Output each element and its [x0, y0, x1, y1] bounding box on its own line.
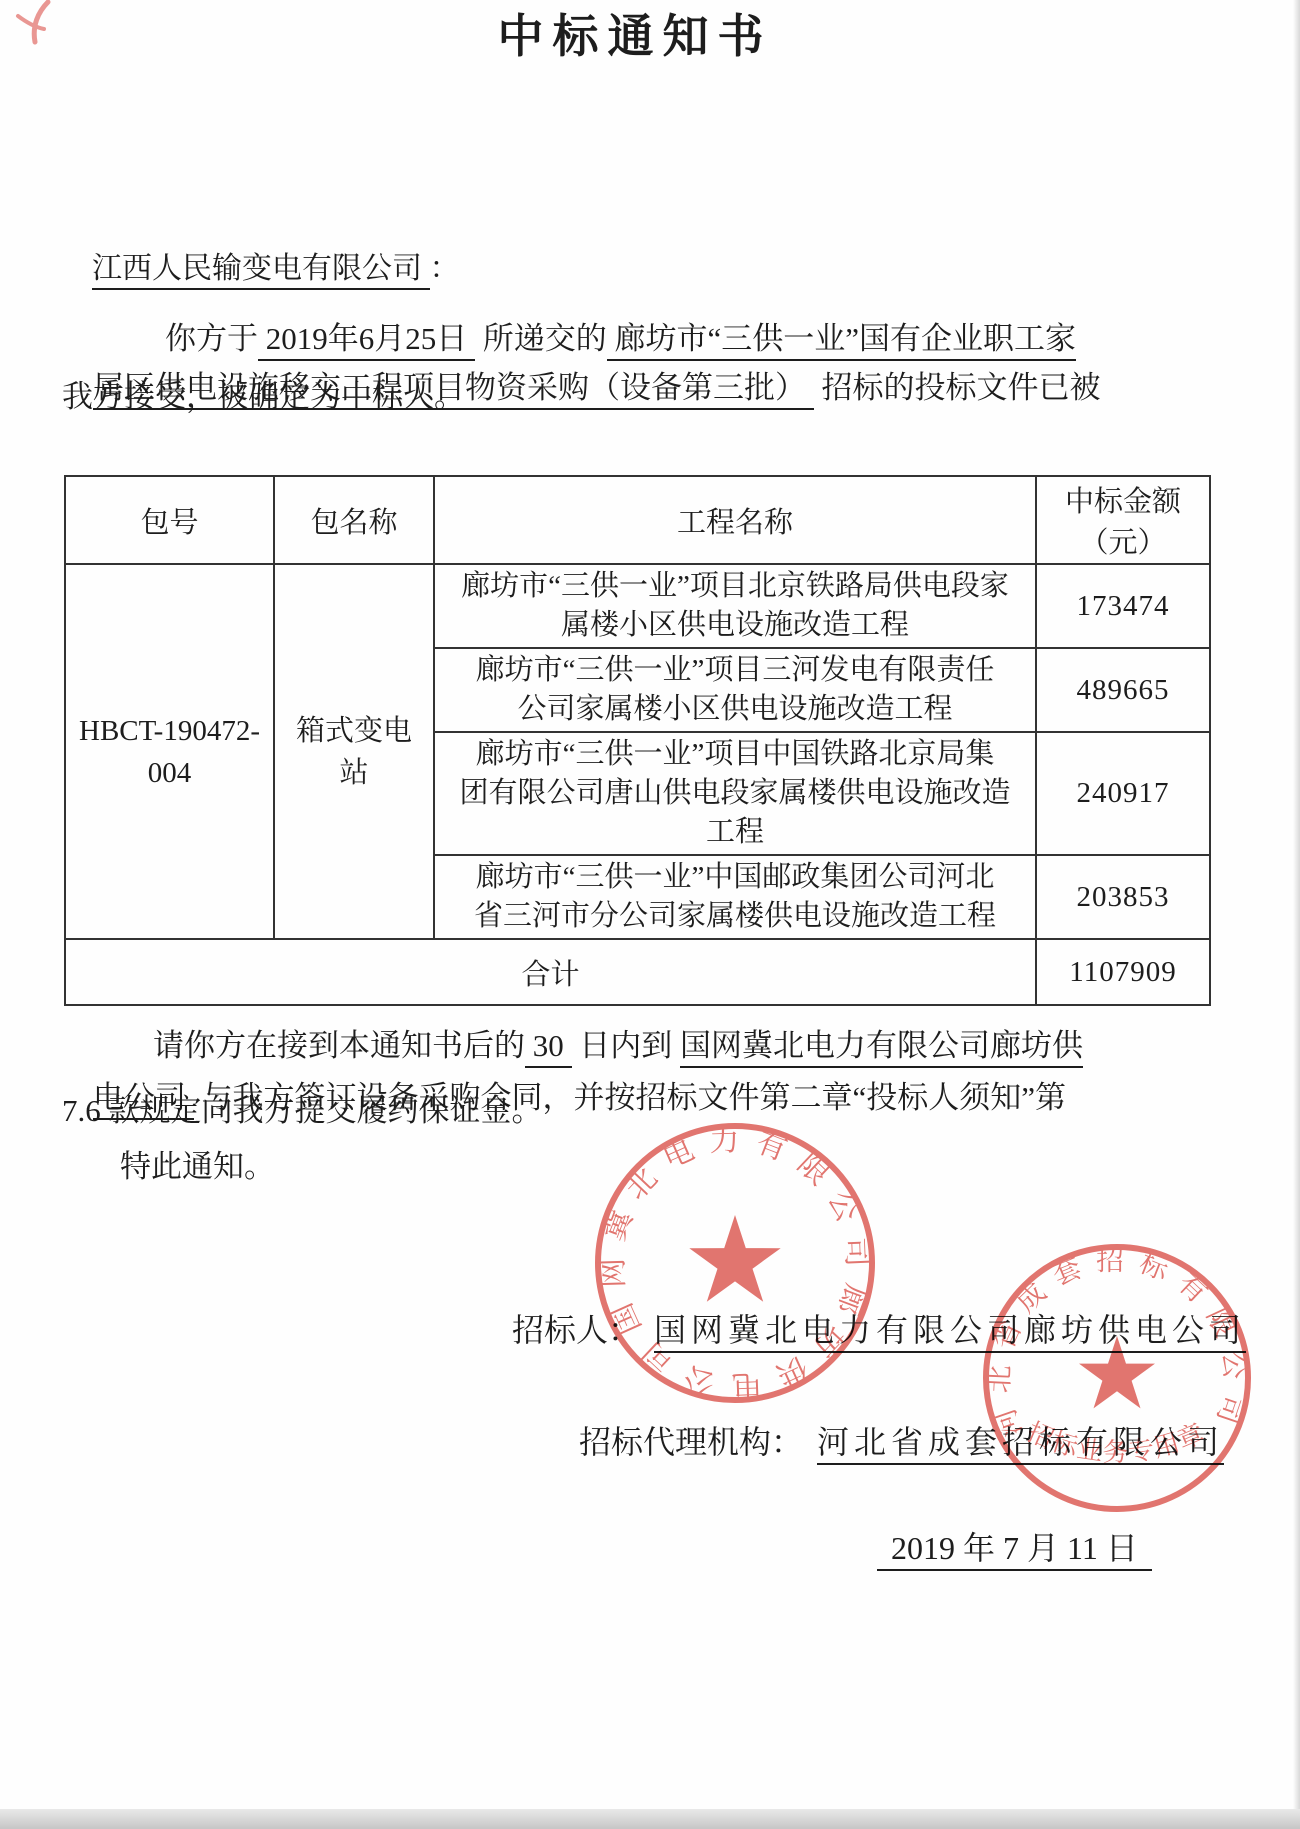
recipient-colon: ：	[430, 252, 460, 285]
award-table: 包号 包名称 工程名称 中标金额 （元） HBCT-190472- 004 箱式…	[64, 475, 1211, 1006]
project-line: 廊坊市“三供一业”项目北京铁路局供电段家	[435, 567, 1035, 606]
table-row: HBCT-190472- 004 箱式变电 站 廊坊市“三供一业”项目北京铁路局…	[65, 564, 1210, 648]
project-line: 廊坊市“三供一业”项目中国铁路北京局集	[435, 735, 1035, 774]
project-cell: 廊坊市“三供一业”项目三河发电有限责任 公司家属楼小区供电设施改造工程	[434, 648, 1036, 732]
package-name-cell: 箱式变电 站	[274, 564, 434, 939]
page-title: 中标通知书	[0, 0, 1270, 66]
project-cell: 廊坊市“三供一业”项目北京铁路局供电段家 属楼小区供电设施改造工程	[434, 564, 1036, 648]
header-amount-line1: 中标金额	[1037, 479, 1209, 520]
amount-cell: 203853	[1036, 855, 1210, 939]
project-cell: 廊坊市“三供一业”中国邮政集团公司河北 省三河市分公司家属楼供电设施改造工程	[434, 855, 1036, 939]
intro-l2-rest: 招标的投标文件已被	[814, 370, 1101, 405]
table-header-row: 包号 包名称 工程名称 中标金额 （元）	[65, 476, 1210, 564]
project-line: 省三河市分公司家属楼供电设施改造工程	[435, 897, 1035, 936]
intro-line-3: 我方接受，被确定为中标人。	[62, 378, 465, 417]
agency-line: 招标代理机构：河北省成套招标有限公司	[547, 1382, 1224, 1502]
package-no-line1: HBCT-190472-	[66, 710, 273, 752]
package-no-line2: 004	[66, 752, 273, 794]
project-line: 公司家属楼小区供电设施改造工程	[435, 690, 1035, 729]
package-no-cell: HBCT-190472- 004	[65, 564, 274, 939]
agency-value: 河北省成套招标有限公司	[817, 1424, 1224, 1465]
award-notice-document: 中标通知书 江西人民输变电有限公司 ： 你方于 2019年6月25日 所递交的 …	[0, 0, 1300, 1829]
date-line: 2019 年 7 月 11 日	[845, 1488, 1152, 1608]
scan-right-edge	[1293, 0, 1300, 1829]
header-project-name: 工程名称	[434, 476, 1036, 564]
header-package-no: 包号	[65, 476, 274, 564]
package-name-line2: 站	[275, 752, 433, 794]
package-name-line1: 箱式变电	[275, 710, 433, 752]
header-amount: 中标金额 （元）	[1036, 476, 1210, 564]
closing-line-3: 7.6 款规定向我方提交履约保证金。	[62, 1092, 543, 1131]
amount-cell: 173474	[1036, 564, 1210, 648]
amount-cell: 489665	[1036, 648, 1210, 732]
issue-date: 2019 年 7 月 11 日	[877, 1530, 1152, 1571]
project-line: 工程	[435, 813, 1035, 852]
project-line: 廊坊市“三供一业”中国邮政集团公司河北	[435, 858, 1035, 897]
scan-bottom-edge	[0, 1809, 1300, 1829]
project-line: 团有限公司唐山供电段家属楼供电设施改造	[435, 774, 1035, 813]
project-line: 廊坊市“三供一业”项目三河发电有限责任	[435, 651, 1035, 690]
agency-label: 招标代理机构：	[579, 1424, 803, 1460]
bidder-line: 招标人：国网冀北电力有限公司廊坊供电公司	[480, 1270, 1246, 1390]
bidder-label: 招标人：	[512, 1312, 640, 1348]
header-package-name: 包名称	[274, 476, 434, 564]
bidder-value: 国网冀北电力有限公司廊坊供电公司	[654, 1312, 1246, 1353]
project-cell: 廊坊市“三供一业”项目中国铁路北京局集 团有限公司唐山供电段家属楼供电设施改造 …	[434, 732, 1036, 855]
project-line: 属楼小区供电设施改造工程	[435, 606, 1035, 645]
notice-line: 特此通知。	[120, 1148, 275, 1187]
header-amount-line2: （元）	[1037, 520, 1209, 561]
amount-cell: 240917	[1036, 732, 1210, 855]
